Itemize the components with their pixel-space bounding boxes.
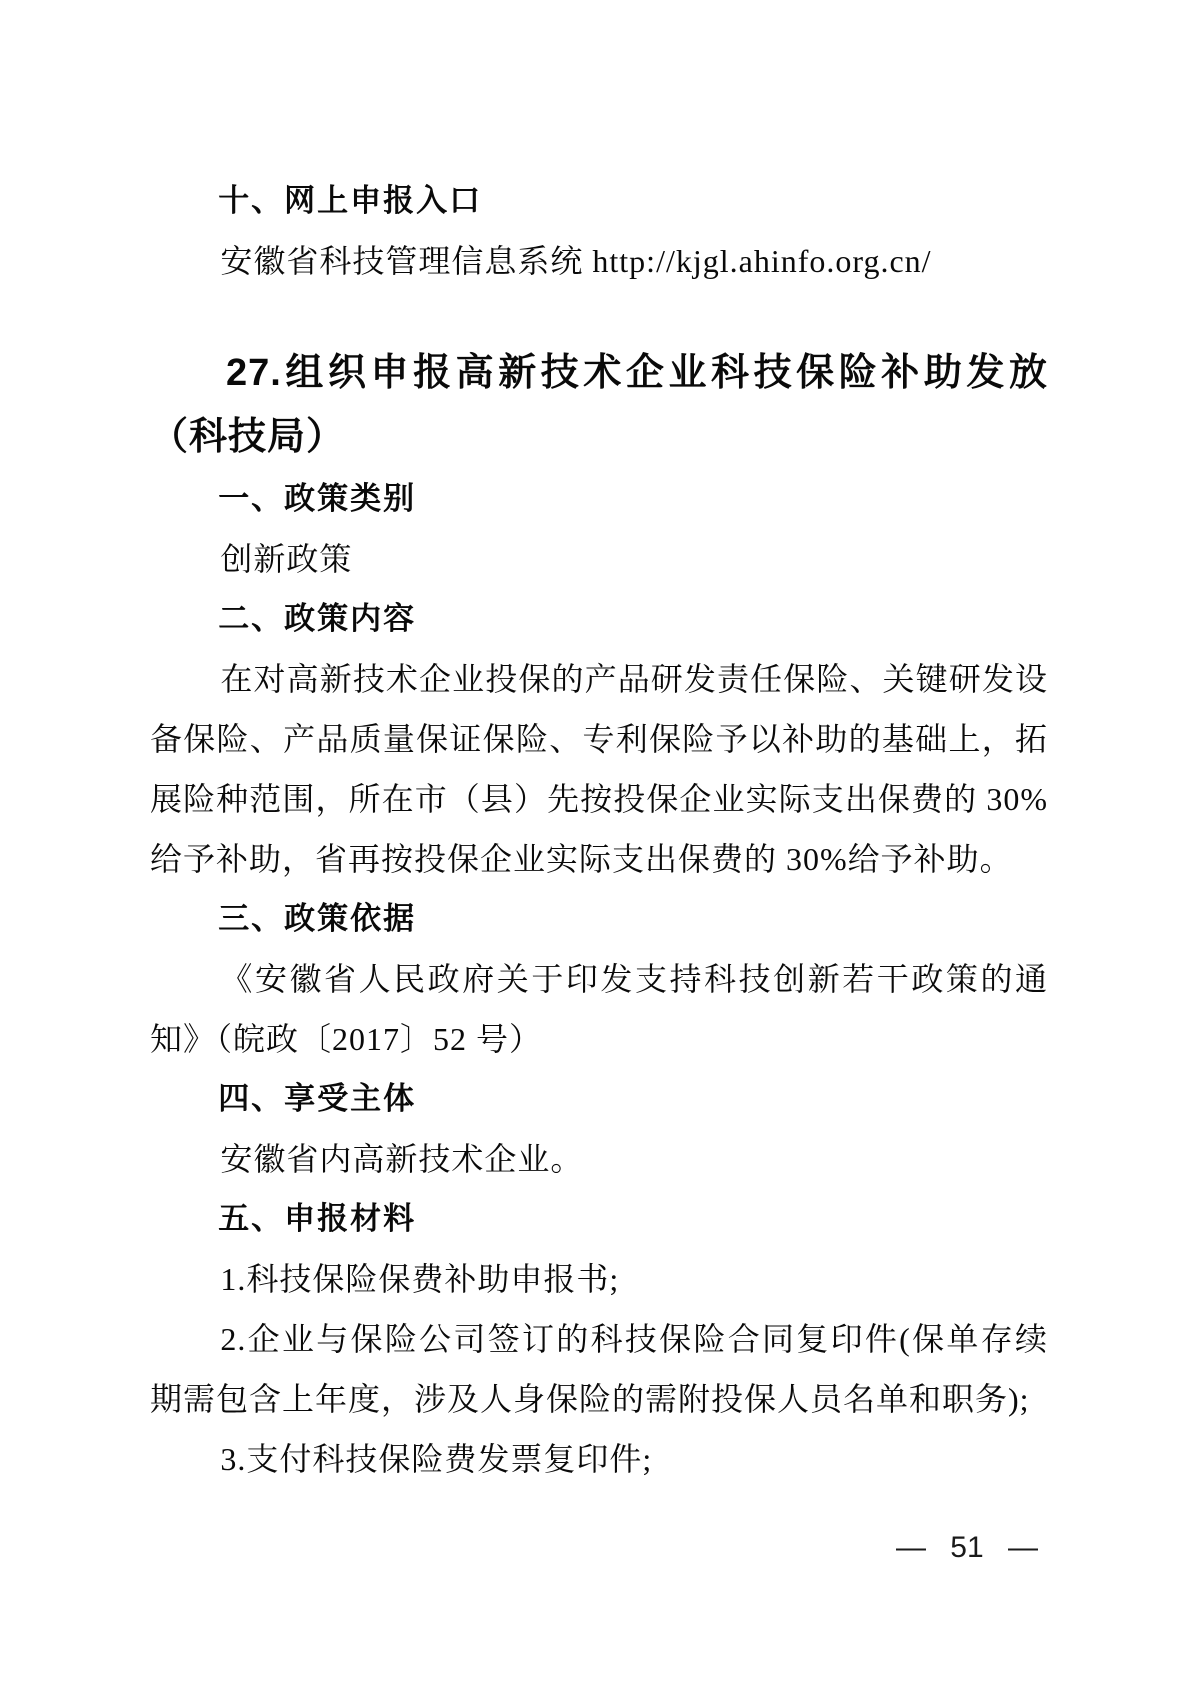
application-material-item-2: 2.企业与保险公司签订的科技保险合同复印件(保单存续期需包含上年度，涉及人身保险… [150,1309,1048,1429]
document-page: 十、网上申报入口 安徽省科技管理信息系统 http://kjgl.ahinfo.… [0,0,1190,1683]
beneficiary-body: 安徽省内高新技术企业。 [150,1129,1048,1189]
section-heading-policy-content: 二、政策内容 [150,589,1048,649]
policy-category-body: 创新政策 [150,529,1048,589]
application-material-item-3: 3.支付科技保险费发票复印件; [150,1429,1048,1489]
item-27-title: 27.组织申报高新技术企业科技保险补助发放（科技局） [150,341,1048,469]
section-heading-application-materials: 五、申报材料 [150,1189,1048,1249]
policy-basis-body: 《安徽省人民政府关于印发支持科技创新若干政策的通知》（皖政〔2017〕52 号） [150,949,1048,1069]
section-heading-beneficiary: 四、享受主体 [150,1069,1048,1129]
section-heading-online-entry: 十、网上申报入口 [150,171,1048,231]
page-number: — 51 — [896,1528,1038,1568]
application-material-item-1: 1.科技保险保费补助申报书; [150,1249,1048,1309]
section-heading-policy-basis: 三、政策依据 [150,889,1048,949]
policy-content-body: 在对高新技术企业投保的产品研发责任保险、关键研发设备保险、产品质量保证保险、专利… [150,649,1048,889]
online-entry-body: 安徽省科技管理信息系统 http://kjgl.ahinfo.org.cn/ [150,231,1048,291]
section-heading-policy-category: 一、政策类别 [150,469,1048,529]
document-content: 十、网上申报入口 安徽省科技管理信息系统 http://kjgl.ahinfo.… [150,0,1048,1489]
